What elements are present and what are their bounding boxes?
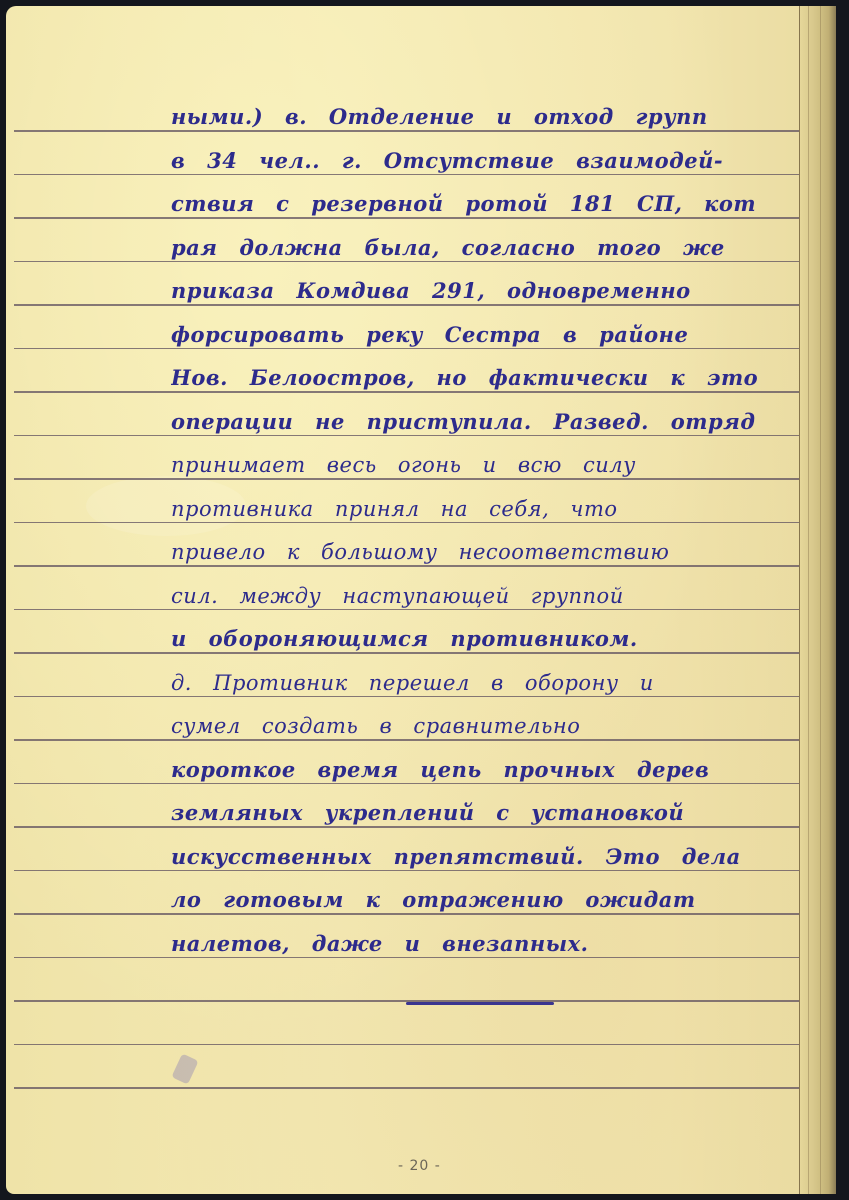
end-underline <box>406 1002 554 1005</box>
text-line: сумел создать в сравнительно <box>171 711 800 741</box>
text-line: привело к большому несоответствию <box>171 537 800 567</box>
text-line: рая должна была, согласно того же <box>171 233 800 263</box>
text-line: короткое время цепь прочных дерев <box>171 755 800 785</box>
text-line: принимает весь огонь и всю силу <box>171 450 800 480</box>
text-line: сил. между наступающей группой <box>171 581 800 611</box>
paper-stain <box>171 1053 198 1084</box>
text-line: ло готовым к отражению ожидат <box>171 885 800 915</box>
text-line: Нов. Белоостров, но фактически к это <box>171 363 800 393</box>
page-number: - 20 - <box>398 1158 441 1174</box>
text-line: в 34 чел.. г. Отсутствие взаимодей- <box>171 146 800 176</box>
text-line: форсировать реку Сестра в районе <box>171 320 800 350</box>
text-line: ными.) в. Отделение и отход групп <box>171 102 800 132</box>
spine-crease <box>808 6 809 1194</box>
text-line: приказа Комдива 291, одновременно <box>171 276 800 306</box>
text-line: операции не приступила. Развед. отряд <box>171 407 800 437</box>
ruled-line <box>14 1087 802 1089</box>
text-line: искусственных препятствий. Это дела <box>171 842 800 872</box>
text-line: налетов, даже и внезапных. <box>171 929 800 959</box>
notebook-spine <box>799 6 836 1194</box>
text-line: ствия с резервной ротой 181 СП, кот <box>171 189 800 219</box>
ruled-line <box>14 1044 802 1046</box>
text-line: противника принял на себя, что <box>171 494 800 524</box>
notebook-page: ными.) в. Отделение и отход группв 34 че… <box>6 6 836 1194</box>
text-line: земляных укреплений с установкой <box>171 798 800 828</box>
spine-crease <box>820 6 821 1194</box>
text-line: и обороняющимся противником. <box>171 624 800 654</box>
text-line: д. Противник перешел в оборону и <box>171 668 800 698</box>
